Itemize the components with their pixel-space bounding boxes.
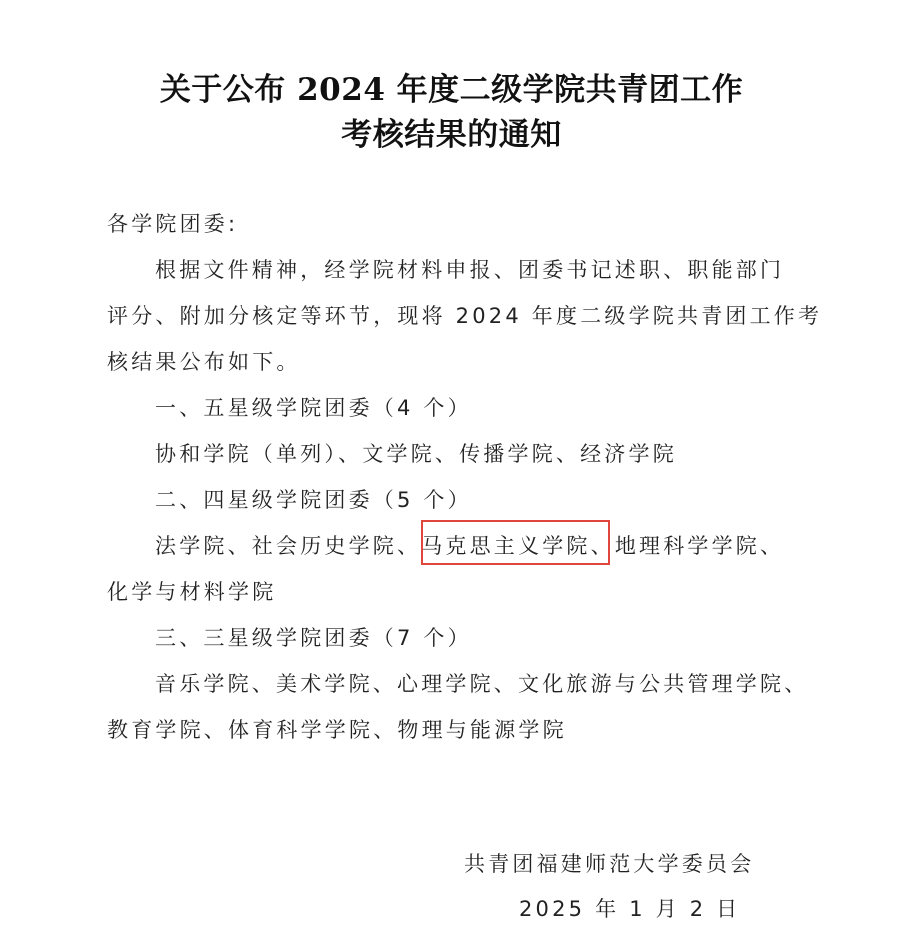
signature-organization: 共青团福建师范大学委员会 — [464, 848, 754, 878]
section-heading-three-star: 三、三星级学院团委（7 个） — [155, 622, 472, 652]
section-heading-five-star: 一、五星级学院团委（4 个） — [155, 392, 472, 422]
signature-date: 2025 年 1 月 2 日 — [519, 893, 740, 923]
section-list-four-star-line-2: 化学与材料学院 — [107, 576, 276, 606]
section-list-three-star-line-1: 音乐学院、美术学院、心理学院、文化旅游与公共管理学院、 — [155, 668, 808, 698]
section-list-three-star-line-2: 教育学院、体育科学学院、物理与能源学院 — [107, 714, 567, 744]
red-highlight-box — [421, 520, 610, 565]
intro-line-1: 根据文件精神，经学院材料申报、团委书记述职、职能部门 — [155, 254, 784, 284]
salutation: 各学院团委: — [107, 208, 238, 238]
section-list-five-star: 协和学院（单列）、文学院、传播学院、经济学院 — [155, 438, 677, 468]
four-star-before: 法学院、社会历史学院、 — [155, 534, 421, 558]
intro-line-3: 核结果公布如下。 — [107, 346, 301, 376]
section-heading-four-star: 二、四星级学院团委（5 个） — [155, 484, 472, 514]
document-title-line-2: 考核结果的通知 — [0, 109, 903, 154]
four-star-after: 地理科学学院、 — [615, 534, 784, 558]
intro-line-2: 评分、附加分核定等环节，现将 2024 年度二级学院共青团工作考 — [107, 300, 822, 330]
document-title-line-1: 关于公布 2024 年度二级学院共青团工作 — [0, 64, 903, 109]
